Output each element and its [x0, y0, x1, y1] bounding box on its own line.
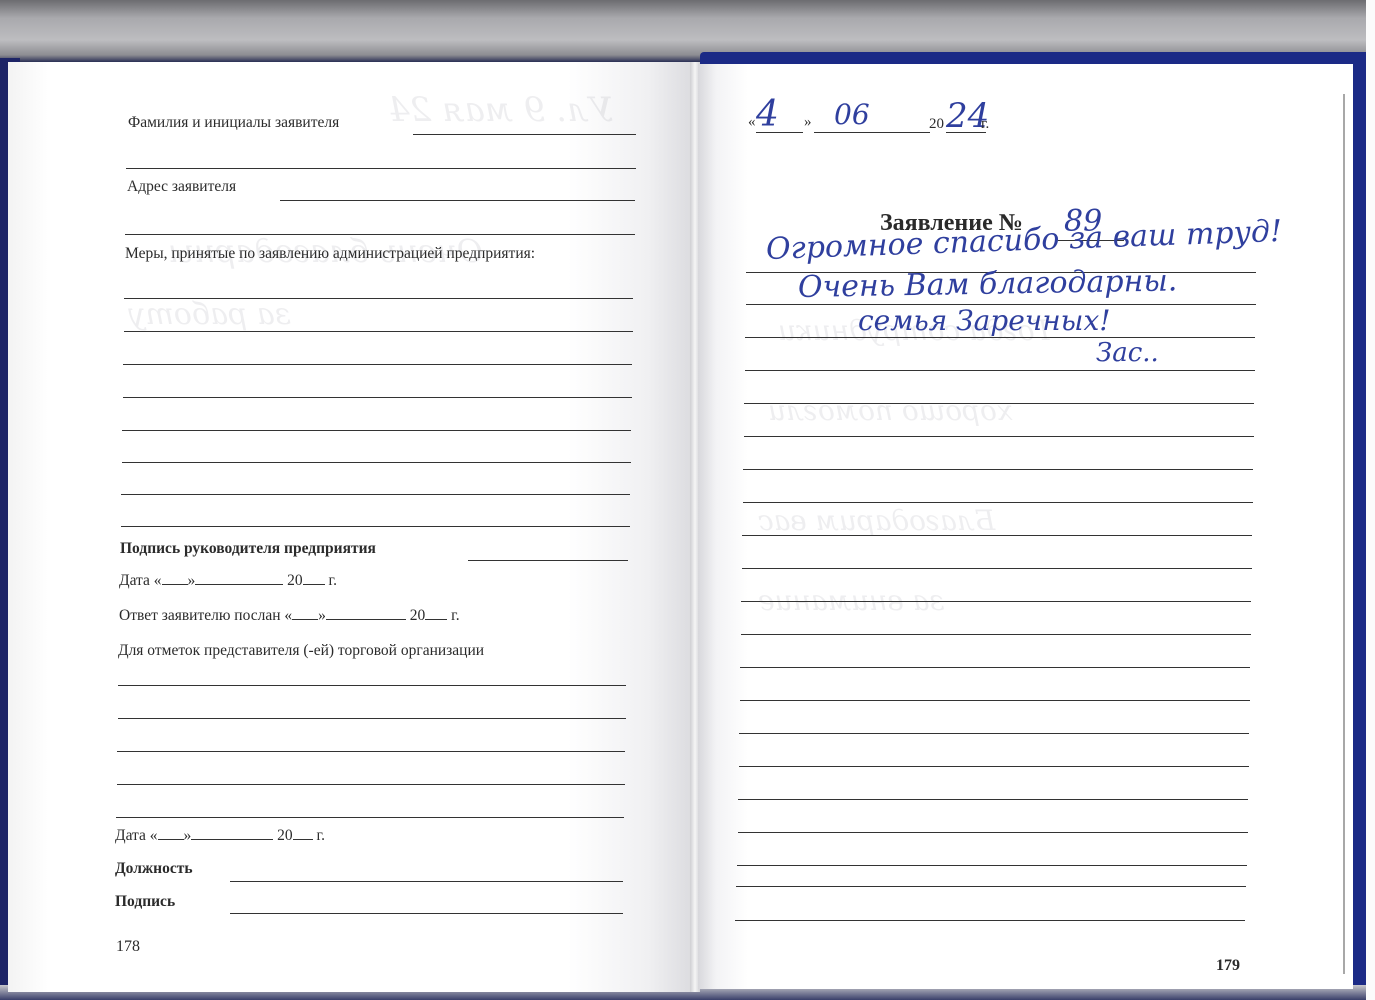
representative-notes-line[interactable] — [117, 751, 625, 752]
handwritten-signature: Зас.. — [1096, 338, 1159, 368]
representative-notes-line[interactable] — [118, 718, 626, 719]
applicant-name-label: Фамилия и инициалы заявителя — [128, 114, 339, 132]
year-field[interactable] — [303, 572, 325, 585]
manager-signature-field[interactable] — [468, 560, 628, 561]
applicant-name-field-line2[interactable] — [126, 168, 636, 169]
bleed-through-handwriting: за работу — [128, 297, 291, 332]
statement-line[interactable] — [744, 436, 1254, 437]
measures-line[interactable] — [121, 494, 630, 495]
applicant-name-field[interactable] — [413, 134, 636, 135]
measures-line[interactable] — [122, 430, 631, 431]
statement-line[interactable] — [738, 799, 1248, 800]
position-field[interactable] — [230, 881, 623, 882]
bleed-through-handwriting: Ул. 9 мая 24 — [388, 90, 613, 130]
statement-line[interactable] — [736, 886, 1246, 887]
measures-line[interactable] — [123, 364, 632, 365]
statement-line[interactable] — [739, 733, 1249, 734]
signature-label: Подпись — [115, 893, 175, 911]
date-label: Дата « — [119, 572, 162, 589]
statement-line[interactable] — [740, 700, 1250, 701]
representative-notes-line[interactable] — [118, 685, 626, 686]
reply-day-field[interactable] — [292, 607, 318, 620]
statement-line[interactable] — [742, 568, 1252, 569]
statement-line[interactable] — [741, 634, 1251, 635]
year-field[interactable] — [293, 827, 313, 840]
date-open-quote: « — [748, 114, 756, 131]
reply-sent-row: Ответ заявителю послан «» 20 г. — [119, 607, 460, 625]
handwritten-line-3: семья Заречных! — [858, 304, 1111, 337]
measures-line[interactable] — [122, 462, 631, 463]
representative-notes-line[interactable] — [117, 784, 625, 785]
month-field[interactable] — [191, 827, 273, 840]
reply-month-field[interactable] — [326, 607, 406, 620]
handwritten-line-1: Огромное спасибо за ваш труд! — [765, 214, 1282, 267]
bleed-through-handwriting: хорошо помогли — [768, 394, 1013, 427]
statement-line[interactable] — [741, 601, 1251, 602]
manager-signature-label: Подпись руководителя предприятия — [120, 540, 376, 558]
position-label: Должность — [115, 860, 193, 878]
applicant-address-field-line2[interactable] — [125, 234, 635, 235]
statement-line[interactable] — [744, 403, 1254, 404]
statement-line[interactable] — [740, 667, 1250, 668]
statement-line[interactable] — [738, 832, 1248, 833]
day-field[interactable] — [158, 827, 184, 840]
statement-line[interactable] — [745, 370, 1255, 371]
measures-line[interactable] — [124, 331, 633, 332]
page-number-right: 179 — [1216, 957, 1240, 975]
year-prefix: 20 — [929, 116, 944, 133]
day-field[interactable] — [162, 572, 188, 585]
scanner-right-edge — [1366, 0, 1375, 1000]
statement-line[interactable] — [743, 502, 1253, 503]
notes-date-row: Дата «» 20 г. — [115, 827, 325, 845]
year-suffix: г. — [981, 116, 989, 133]
bleed-through-handwriting: Благодарим вас — [758, 504, 995, 537]
month-field[interactable] — [195, 572, 283, 585]
date-close-quote: » — [804, 114, 812, 131]
date-label: Дата « — [115, 827, 158, 844]
statement-line[interactable] — [742, 535, 1252, 536]
right-page: Тогда сотрудники хорошо помогли Благодар… — [698, 64, 1353, 989]
statement-line[interactable] — [743, 469, 1253, 470]
applicant-address-label: Адрес заявителя — [127, 178, 236, 196]
left-page: Ул. 9 мая 24 Очень благодарны за работу … — [8, 62, 698, 992]
statement-line[interactable] — [735, 920, 1245, 921]
representative-notes-line[interactable] — [116, 817, 624, 818]
handwritten-day: 4 — [756, 94, 779, 135]
month-field[interactable] — [814, 132, 930, 133]
handwritten-month: 06 — [834, 98, 870, 131]
representative-notes-label: Для отметок представителя (-ей) торговой… — [118, 642, 484, 660]
measures-line[interactable] — [124, 298, 633, 299]
signature-field[interactable] — [230, 913, 623, 914]
reply-year-field[interactable] — [425, 607, 447, 620]
measures-label: Меры, принятые по заявлению администраци… — [125, 245, 535, 263]
handwritten-line-2: Очень Вам благодарны. — [798, 263, 1178, 305]
reply-sent-label: Ответ заявителю послан « — [119, 607, 292, 624]
page-number-left: 178 — [116, 938, 140, 956]
statement-line[interactable] — [745, 337, 1255, 338]
statement-line[interactable] — [737, 865, 1247, 866]
applicant-address-field[interactable] — [280, 200, 635, 201]
measures-line[interactable] — [123, 397, 632, 398]
statement-line[interactable] — [739, 766, 1249, 767]
measures-line[interactable] — [121, 526, 630, 527]
decision-date-row: Дата «» 20 г. — [119, 572, 337, 590]
